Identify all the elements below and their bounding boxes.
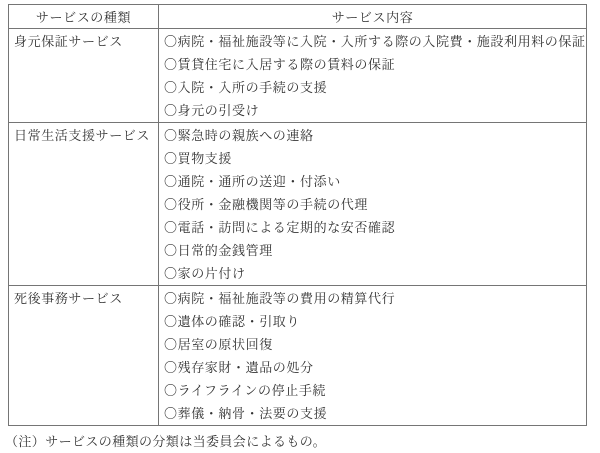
service-item: 〇日常的金銭管理 [159, 239, 586, 262]
section-row-identity-guarantee: 身元保証サービス 〇病院・福祉施設等に入院・入所する際の入院費・施設利用料の保証… [9, 29, 587, 123]
service-item: 〇電話・訪問による定期的な安否確認 [159, 216, 586, 239]
section-row-after-death-affairs: 死後事務サービス 〇病院・福祉施設等の費用の精算代行 〇遺体の確認・引取り 〇居… [9, 286, 587, 426]
service-item: 〇家の片付け [159, 262, 586, 285]
table-header-row: サービスの種類 サービス内容 [9, 5, 587, 29]
document-page: サービスの種類 サービス内容 身元保証サービス 〇病院・福祉施設等に入院・入所す… [0, 0, 600, 453]
service-item: 〇葬儀・納骨・法要の支援 [159, 402, 586, 425]
service-item: 〇遺体の確認・引取り [159, 310, 586, 333]
service-item: 〇ライフラインの停止手続 [159, 379, 586, 402]
service-item: 〇居室の原状回復 [159, 333, 586, 356]
service-item: 〇役所・金融機関等の手続の代理 [159, 193, 586, 216]
service-content-cell: 〇病院・福祉施設等に入院・入所する際の入院費・施設利用料の保証 〇賃貸住宅に入居… [159, 29, 587, 123]
column-header-service-content: サービス内容 [159, 5, 587, 29]
service-type-cell: 身元保証サービス [9, 29, 159, 123]
service-item: 〇緊急時の親族への連絡 [159, 124, 586, 147]
service-item: 〇買物支援 [159, 147, 586, 170]
service-item: 〇残存家財・遺品の処分 [159, 356, 586, 379]
service-content-cell: 〇病院・福祉施設等の費用の精算代行 〇遺体の確認・引取り 〇居室の原状回復 〇残… [159, 286, 587, 426]
column-header-service-type: サービスの種類 [9, 5, 159, 29]
footnote: （注）サービスの種類の分類は当委員会によるもの。 [5, 431, 326, 450]
service-item: 〇身元の引受け [159, 99, 586, 122]
service-type-cell: 日常生活支援サービス [9, 123, 159, 286]
service-item: 〇入院・入所の手続の支援 [159, 76, 586, 99]
service-item: 〇賃貸住宅に入居する際の賃料の保証 [159, 53, 586, 76]
service-item: 〇病院・福祉施設等に入院・入所する際の入院費・施設利用料の保証 [159, 30, 586, 53]
service-item: 〇病院・福祉施設等の費用の精算代行 [159, 287, 586, 310]
service-content-cell: 〇緊急時の親族への連絡 〇買物支援 〇通院・通所の送迎・付添い 〇役所・金融機関… [159, 123, 587, 286]
service-type-cell: 死後事務サービス [9, 286, 159, 426]
section-row-daily-life-support: 日常生活支援サービス 〇緊急時の親族への連絡 〇買物支援 〇通院・通所の送迎・付… [9, 123, 587, 286]
service-item: 〇通院・通所の送迎・付添い [159, 170, 586, 193]
services-table: サービスの種類 サービス内容 身元保証サービス 〇病院・福祉施設等に入院・入所す… [8, 4, 587, 426]
